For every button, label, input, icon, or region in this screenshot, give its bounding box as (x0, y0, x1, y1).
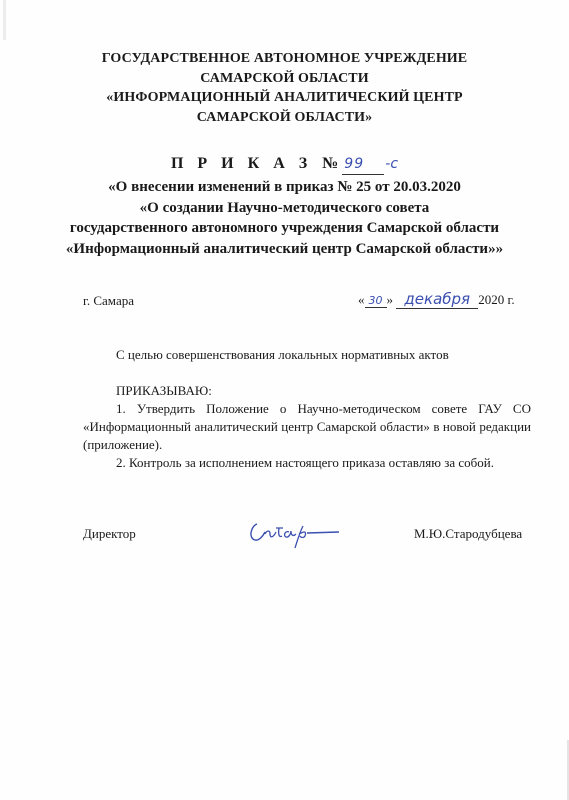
orders-heading: ПРИКАЗЫВАЮ: (83, 382, 531, 400)
signer-name: М.Ю.Стародубцева (414, 526, 522, 542)
order-label: П Р И К А З (171, 155, 312, 172)
org-header-line: ГОСУДАРСТВЕННОЕ АВТОНОМНОЕ УЧРЕЖДЕНИЕ (0, 49, 569, 69)
purpose-text: С целью совершенствования локальных норм… (83, 346, 531, 364)
subject-line: государственного автономного учреждения … (0, 218, 569, 239)
signature-icon (243, 512, 343, 552)
number-sign: № (322, 155, 338, 172)
date-day-handwritten: 30 (365, 294, 387, 308)
order-body: С целью совершенствования локальных норм… (83, 346, 531, 472)
subject-line: «О создании Научно-методического совета (0, 198, 569, 219)
order-date: «30» декабря2020 г. (358, 290, 515, 309)
signer-role: Директор (83, 526, 136, 542)
date-close-quote: » (387, 292, 394, 307)
order-title: П Р И К А З № 99-с (0, 154, 569, 175)
order-number-handwritten: 99 (342, 154, 384, 175)
order-item: 2. Контроль за исполнением настоящего пр… (83, 454, 531, 472)
document-page: ГОСУДАРСТВЕННОЕ АВТОНОМНОЕ УЧРЕЖДЕНИЕ СА… (0, 0, 569, 800)
org-header-line: САМАРСКОЙ ОБЛАСТИ» (0, 108, 569, 128)
signature-block: Директор М.Ю.Стародубцева (83, 520, 533, 550)
org-header-line: «ИНФОРМАЦИОННЫЙ АНАЛИТИЧЕСКИЙ ЦЕНТР (0, 88, 569, 108)
place: г. Самара (83, 293, 134, 309)
organization-header: ГОСУДАРСТВЕННОЕ АВТОНОМНОЕ УЧРЕЖДЕНИЕ СА… (0, 49, 569, 127)
scan-edge-left (3, 0, 6, 40)
order-number-suffix: -с (385, 156, 398, 172)
org-header-line: САМАРСКОЙ ОБЛАСТИ (0, 69, 569, 89)
order-subject: «О внесении изменений в приказ № 25 от 2… (0, 177, 569, 259)
date-year: 2020 г. (478, 292, 514, 307)
date-month-handwritten: декабря (396, 290, 478, 309)
subject-line: «О внесении изменений в приказ № 25 от 2… (0, 177, 569, 198)
order-item: 1. Утвердить Положение о Научно-методиче… (83, 400, 531, 454)
subject-line: «Информационный аналитический центр Сама… (0, 239, 569, 260)
